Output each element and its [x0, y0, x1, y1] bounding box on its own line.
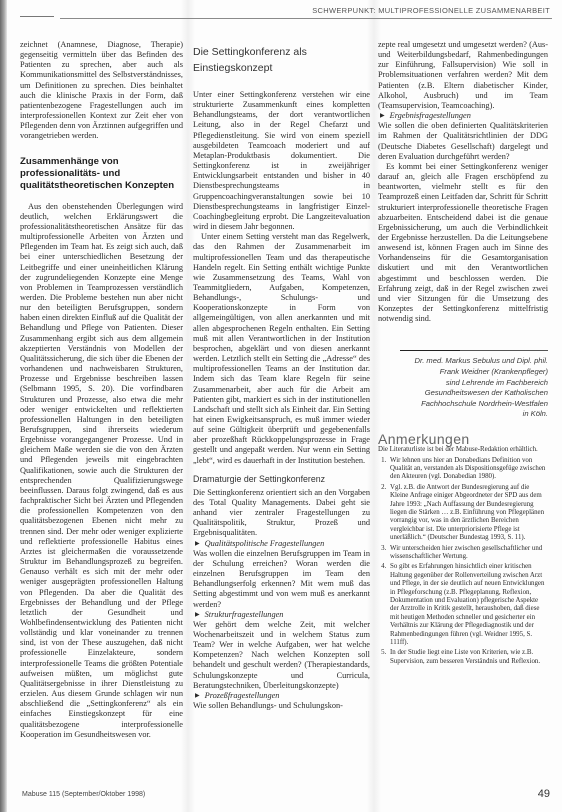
column-2: Die Settingkonferenz als Einstiegskonzep… — [193, 40, 370, 711]
column-3: zepte real umgesetzt und umgesetzt werde… — [378, 40, 548, 668]
notes-heading: Anmerkungen — [378, 434, 548, 444]
note-item: So gibt es Erfahrungen hinsichtlich eine… — [388, 563, 548, 647]
author-line: in Köln. — [378, 409, 548, 420]
section-heading: Die Settingkonferenz als Einstiegskonzep… — [193, 44, 370, 76]
body-paragraph: zepte real umgesetzt und umgesetzt werde… — [378, 40, 548, 111]
bullet-heading: ▶Prozeßfragestellungen — [193, 691, 370, 701]
body-paragraph: Aus den obenstehenden Überlegungen wird … — [20, 202, 183, 740]
bullet-heading: ▶Ergebnisfragestellungen — [378, 111, 548, 121]
note-item: Wir unterscheiden hier zwischen gesellsc… — [388, 545, 548, 562]
bullet-heading: ▶Strukturfragestellungen — [193, 610, 370, 620]
header-rule — [60, 18, 552, 19]
page-number: 49 — [538, 788, 550, 800]
notes-intro: Die Literaturliste ist bei der Mabuse-Re… — [378, 446, 548, 454]
triangle-bullet-icon: ▶ — [195, 693, 200, 699]
body-paragraph: Wie sollen die oben definierten Qualität… — [378, 121, 548, 162]
body-paragraph: Was wollen die einzelnen Berufsgruppen i… — [193, 549, 370, 610]
body-paragraph: Die Settingkonferenz orientiert sich an … — [193, 488, 370, 539]
running-header: SCHWERPUNKT: MULTIPROFESSIONELLE ZUSAMME… — [20, 6, 552, 20]
endnotes: Die Literaturliste ist bei der Mabuse-Re… — [378, 446, 548, 666]
author-line: Frank Weidner (Krankenpfleger) — [378, 367, 548, 378]
body-paragraph: Es kommt bei einer Settingkonferenz weni… — [378, 162, 548, 325]
body-paragraph: Wie sollen Behandlungs- und Schulungskon… — [193, 701, 370, 711]
author-info: Dr. med. Markus Sebulus und Dipl. phil. … — [378, 350, 548, 420]
author-line: Dr. med. Markus Sebulus und Dipl. phil. — [378, 356, 548, 367]
column-1: zeichnet (Anamnese, Diagnose, Therapie) … — [20, 40, 183, 740]
author-line: sind Lehrende im Fachbereich — [378, 378, 548, 389]
header-left-rule — [20, 16, 54, 17]
triangle-bullet-icon: ▶ — [195, 541, 200, 547]
triangle-bullet-icon: ▶ — [195, 612, 200, 618]
author-rule-accent — [400, 350, 460, 351]
author-line: Fachhochschule Nordrhein-Westfalen — [378, 399, 548, 410]
triangle-bullet-icon: ▶ — [380, 113, 385, 119]
note-item: Wir lehnen uns hier an Donabedians Defin… — [388, 457, 548, 482]
section-heading: Zusammenhänge von professionalitäts- und… — [20, 156, 183, 192]
notes-list: Wir lehnen uns hier an Donabedians Defin… — [378, 457, 548, 667]
author-line: Gesundheitswesen der Katholischen — [378, 388, 548, 399]
section-title: SCHWERPUNKT: MULTIPROFESSIONELLE ZUSAMME… — [312, 6, 550, 15]
page-binding-edge — [0, 0, 7, 812]
subsection-heading: Dramaturgie der Settingkonferenz — [193, 474, 370, 485]
body-paragraph: Unter einer Settingkonferenz verstehen w… — [193, 90, 370, 232]
bullet-heading: ▶Qualitätspolitische Fragestellungen — [193, 539, 370, 549]
footer-source: Mabuse 115 (September/Oktober 1998) — [22, 791, 145, 798]
body-paragraph: Unter einem Setting versteht man das Reg… — [193, 232, 370, 466]
note-item: Vgl. z.B. die Antwort der Bundesregierun… — [388, 484, 548, 543]
body-paragraph: Wer gehört dem welche Zeit, mit welcher … — [193, 620, 370, 691]
intro-paragraph: zeichnet (Anamnese, Diagnose, Therapie) … — [20, 40, 183, 142]
note-item: In der Studie liegt eine Liste von Krite… — [388, 649, 548, 666]
